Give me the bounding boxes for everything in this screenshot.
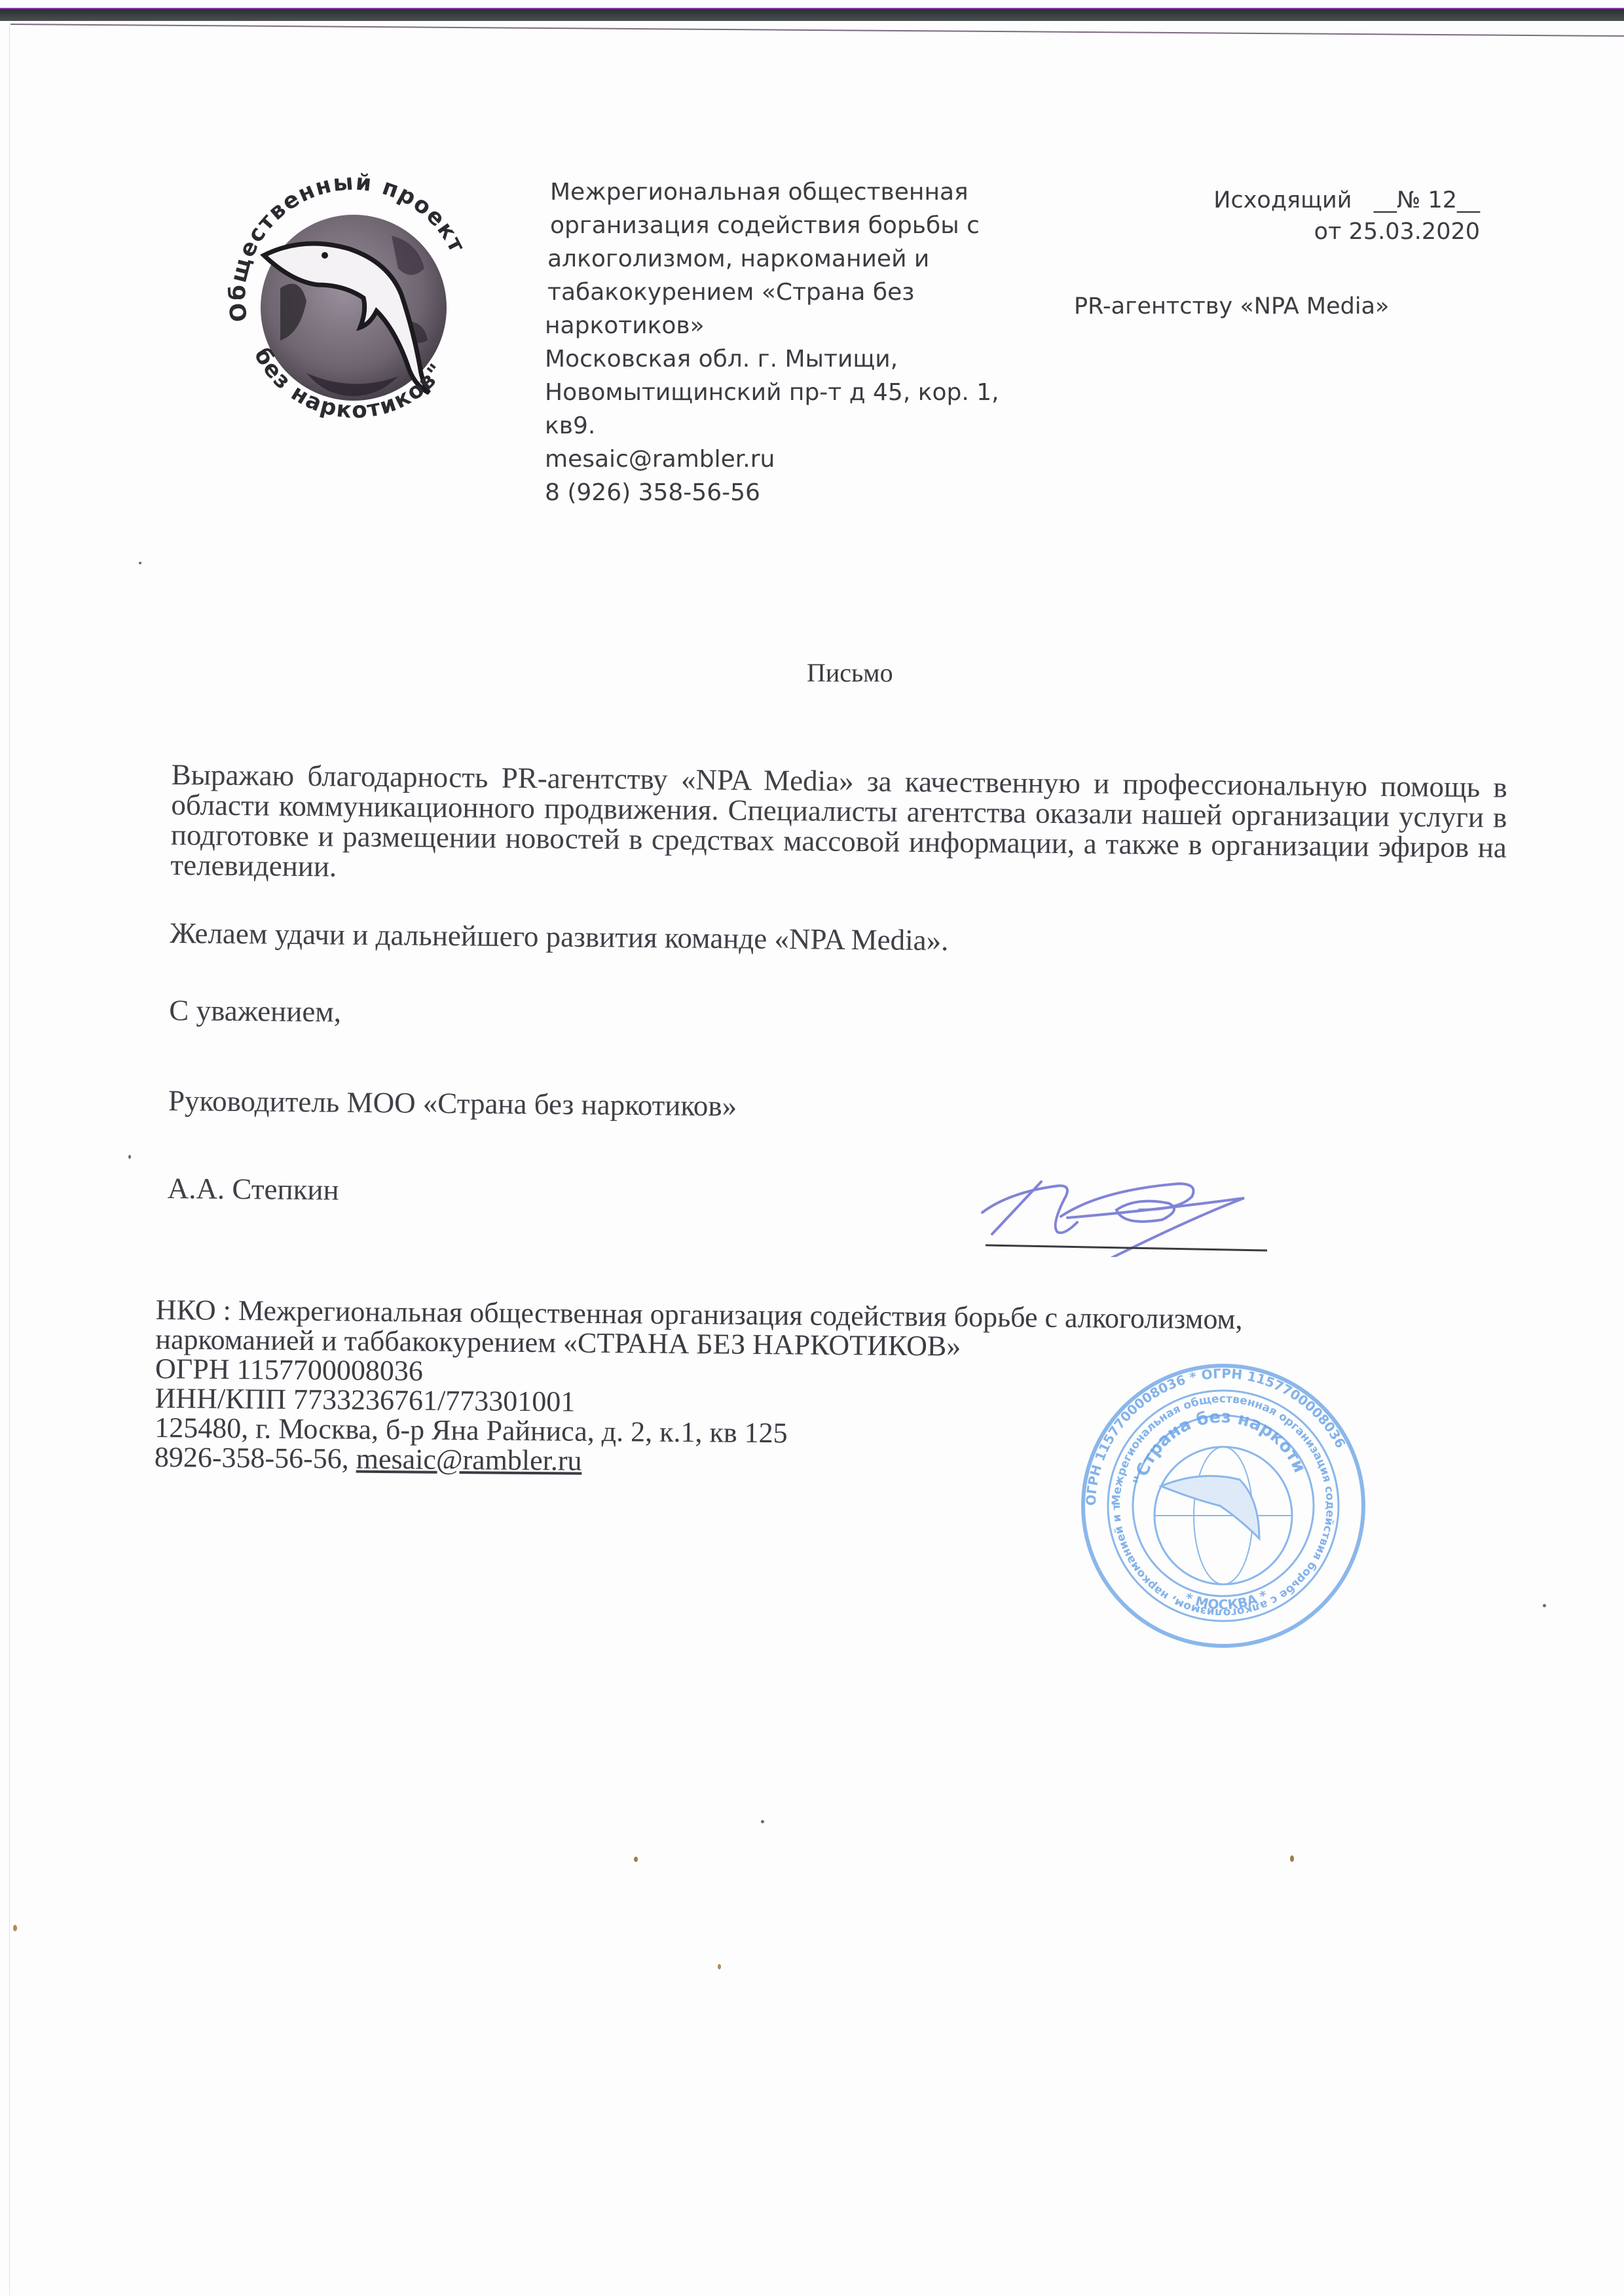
org-header-phone: 8 (926) 358-56-56 [545, 476, 1029, 509]
outgoing-label: Исходящий [1213, 187, 1352, 213]
requisites-email-link[interactable]: mesaic@rambler.ru [356, 1443, 582, 1477]
org-header-line: наркотиков» [545, 309, 1029, 342]
org-header-address: Новомытищинский пр-т д 45, кор. 1, [545, 376, 1029, 409]
document-title: Письмо [807, 657, 893, 688]
outgoing-number: __№ 12__ [1374, 187, 1480, 213]
scan-top-border [0, 8, 1624, 21]
signatory-name: А.А. Степкин [167, 1173, 1516, 1216]
org-header-line: табакокурением «Страна без [545, 276, 1029, 309]
org-header-line: алкоголизмом, наркоманией и [545, 242, 1029, 276]
recipient: PR-агентству «NPA Media» [1074, 293, 1389, 319]
scan-speck [128, 1155, 131, 1159]
org-header-line: организация содействия борьбы с [545, 209, 1029, 242]
scan-speck [761, 1820, 764, 1823]
handwritten-signature [963, 1159, 1270, 1257]
org-header-email: mesaic@rambler.ru [545, 443, 1029, 476]
requisites-phone: 8926-358-56-56, [155, 1441, 356, 1475]
paper-edge [10, 24, 1624, 37]
org-header-address: кв9. [545, 409, 1029, 443]
letter-body: Выражаю благодарность PR-агентству «NPA … [167, 759, 1520, 1216]
scan-speck [139, 562, 141, 564]
closing-line: С уважением, [169, 995, 1518, 1038]
paper-left-edge [9, 24, 10, 2295]
gratitude-paragraph: Выражаю благодарность PR-агентству «NPA … [170, 759, 1507, 893]
scan-speck [1290, 1855, 1294, 1862]
org-header-address: Московская обл. г. Мытищи, [545, 342, 1029, 376]
scan-speck [718, 1964, 721, 1969]
signatory-position: Руководитель МОО «Страна без наркотиков» [168, 1085, 1517, 1129]
scan-speck [13, 1925, 17, 1931]
organization-logo: Общественный проект "Страна без наркотик… [208, 157, 496, 445]
scan-speck [634, 1857, 638, 1862]
official-stamp: ОГРН 1157700008036 * ОГРН 1157700008036 … [1079, 1362, 1367, 1650]
wishes-line: Желаем удачи и дальнейшего развития кома… [170, 918, 1519, 961]
outgoing-reference: Исходящий __№ 12__ от 25.03.2020 [1113, 185, 1480, 247]
organization-header: Межрегиональная общественная организация… [545, 175, 1029, 509]
org-header-line: Межрегиональная общественная [545, 175, 1029, 209]
outgoing-date: от 25.03.2020 [1113, 216, 1480, 247]
scan-speck [1543, 1604, 1546, 1607]
